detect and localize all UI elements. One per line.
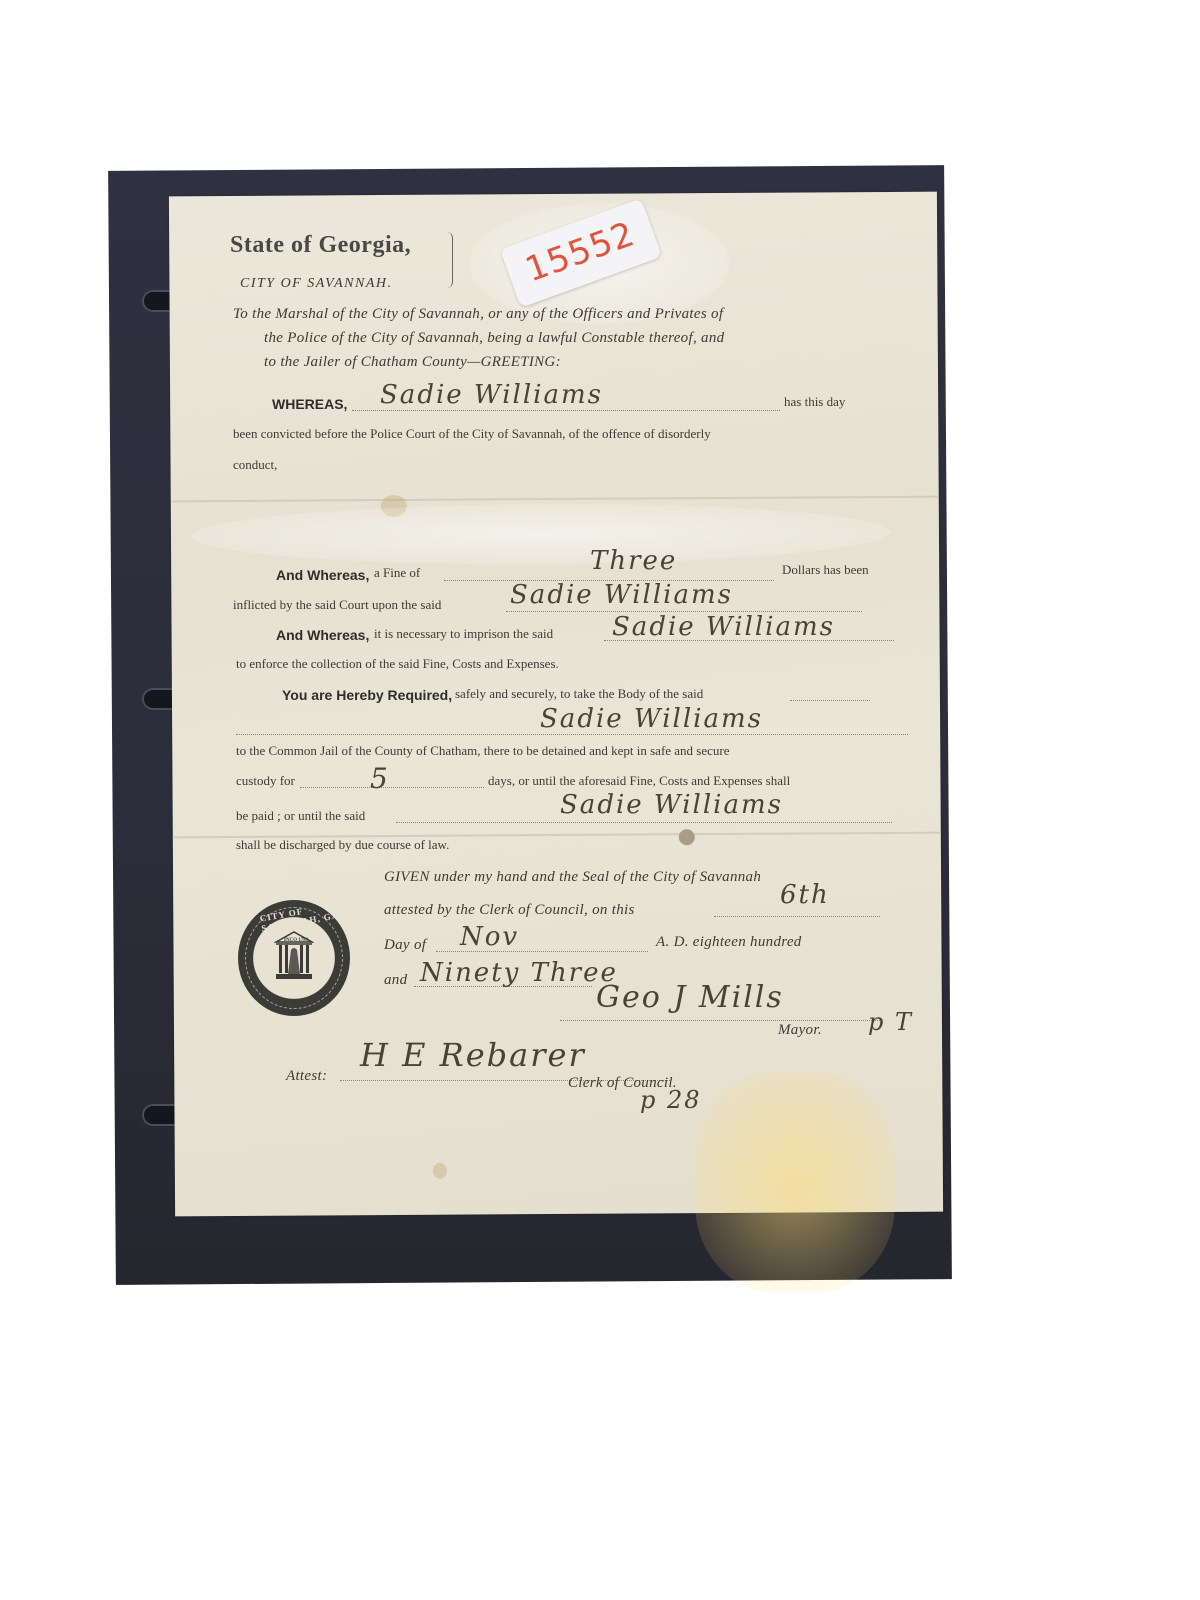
seal-inner-text: INCO 1789 — [284, 938, 308, 943]
given-day: 6th — [780, 880, 830, 910]
whereas-line-2: been convicted before the Police Court o… — [233, 426, 711, 442]
clerk-signature: H E Rebarer — [360, 1036, 586, 1074]
sleeve-glare — [191, 502, 891, 566]
mayor-signature-line — [560, 1020, 880, 1021]
paid-label: be paid ; or until the said — [236, 808, 365, 824]
header-city: CITY OF SAVANNAH. — [240, 276, 393, 292]
name-blank — [352, 410, 780, 411]
fold-line — [171, 496, 939, 503]
given-year: Ninety Three — [420, 958, 618, 988]
given-line-3-after: A. D. eighteen hundred — [656, 934, 802, 951]
paid-name: Sadie Williams — [560, 790, 783, 820]
city-of-savannah-seal: CITY OF SAVANNAH, GA. INCO 1789 — [238, 900, 350, 1016]
attest-label: Attest: — [286, 1068, 327, 1085]
custody-label: custody for — [236, 773, 295, 789]
address-line-2: the Police of the City of Savannah, bein… — [264, 330, 724, 347]
imprison-line-2: to enforce the collection of the said Fi… — [236, 656, 559, 672]
whereas-after: has this day — [784, 394, 845, 410]
fine-text-2: Dollars has been — [782, 562, 869, 578]
stain — [433, 1163, 447, 1179]
and-label: and — [384, 972, 407, 989]
header-state: State of Georgia, — [230, 232, 411, 259]
header-bracket — [444, 232, 453, 288]
day-of-label: Day of — [384, 937, 426, 954]
required-label: You are Hereby Required, — [282, 687, 452, 703]
fine-line-2: inflicted by the said Court upon the sai… — [233, 597, 441, 613]
mayor-signature: Geo J Mills — [596, 980, 784, 1015]
mayor-label: Mayor. — [778, 1022, 822, 1039]
days-blank — [300, 787, 484, 788]
clerk-suffix: p 28 — [640, 1086, 702, 1114]
whereas-label: WHEREAS, — [272, 396, 347, 412]
given-month: Nov — [460, 922, 519, 952]
paid-name-blank — [396, 822, 892, 823]
convicted-name: Sadie Williams — [380, 380, 603, 410]
address-line-1: To the Marshal of the City of Savannah, … — [233, 306, 723, 323]
imprison-text: it is necessary to imprison the said — [374, 626, 553, 642]
punch-hole — [679, 829, 695, 845]
day-blank — [714, 916, 880, 917]
custody-days: 5 — [370, 762, 390, 795]
required-name-blank — [236, 734, 908, 735]
required-name: Sadie Williams — [540, 704, 763, 734]
given-line-1: GIVEN under my hand and the Seal of the … — [384, 869, 761, 886]
fine-amount: Three — [590, 546, 677, 576]
fine-label: And Whereas, — [276, 567, 369, 583]
sleeve-glare — [694, 1072, 895, 1293]
fine-text-1: a Fine of — [374, 565, 420, 581]
required-blank — [790, 700, 870, 701]
given-line-2: attested by the Clerk of Council, on thi… — [384, 902, 635, 919]
fine-name: Sadie Williams — [510, 580, 733, 610]
whereas-line-3: conduct, — [233, 457, 277, 473]
custody-after: days, or until the aforesaid Fine, Costs… — [488, 773, 790, 789]
address-line-3: to the Jailer of Chatham County—GREETING… — [264, 354, 561, 371]
mayor-suffix: p T — [868, 1008, 913, 1036]
required-text: safely and securely, to take the Body of… — [455, 686, 703, 702]
discharged-text: shall be discharged by due course of law… — [236, 837, 449, 853]
required-line-2: to the Common Jail of the County of Chat… — [236, 743, 730, 759]
imprison-name: Sadie Williams — [612, 612, 835, 642]
imprison-label: And Whereas, — [276, 627, 369, 643]
